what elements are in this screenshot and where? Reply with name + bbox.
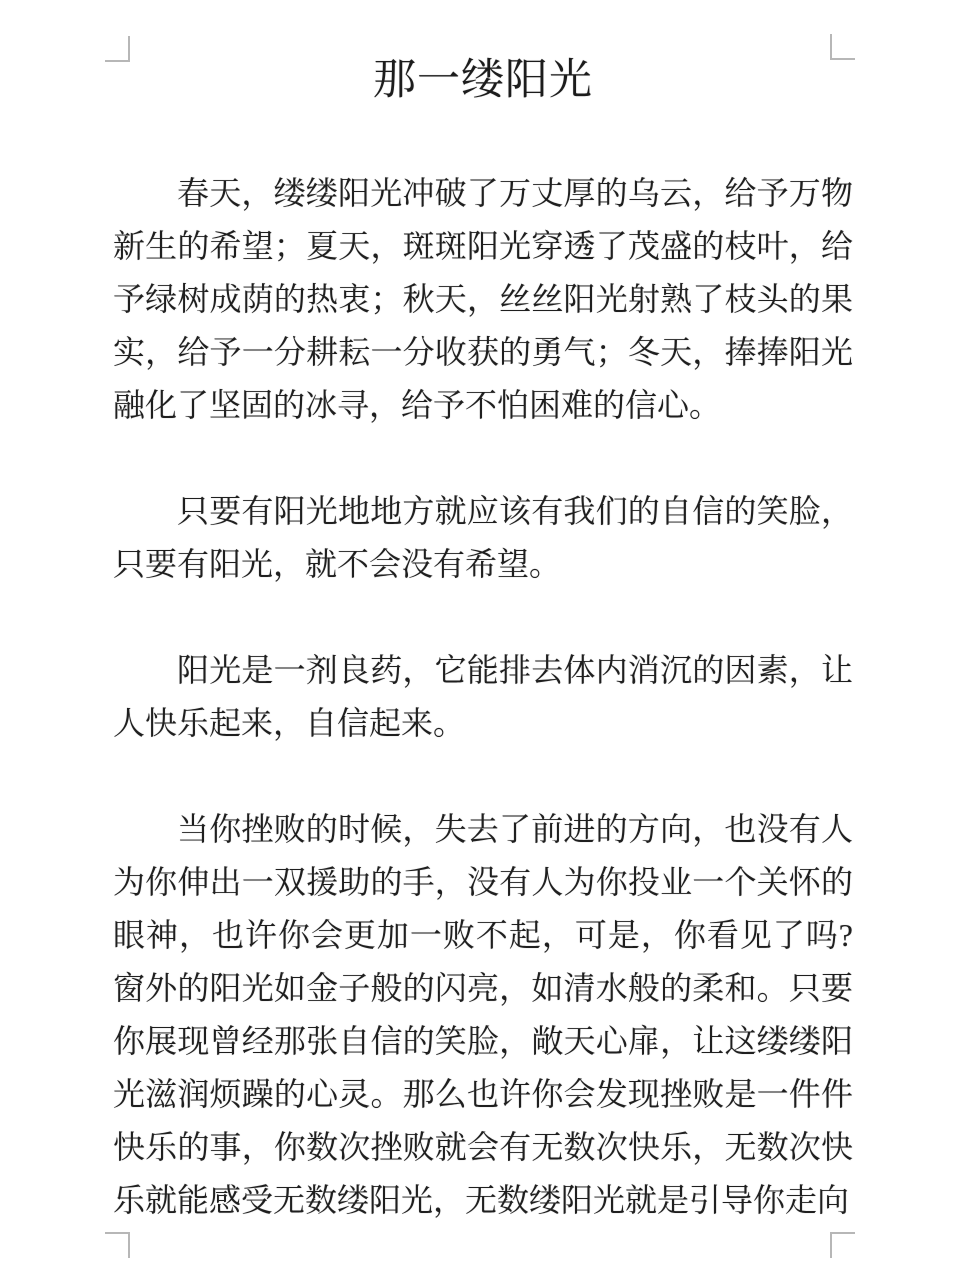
document-content: 那一缕阳光 春天，缕缕阳光冲破了万丈厚的乌云，给予万物新生的希望；夏天，斑斑阳光… — [113, 0, 853, 1227]
text-boundary-corner-mark-bottom-left — [105, 1232, 130, 1258]
document-title: 那一缕阳光 — [113, 50, 853, 112]
text-boundary-corner-mark-bottom-right — [830, 1232, 855, 1258]
document-page: 那一缕阳光 春天，缕缕阳光冲破了万丈厚的乌云，给予万物新生的希望；夏天，斑斑阳光… — [0, 0, 961, 1280]
paragraph-sunshine-medicine: 阳光是一剂良药，它能排去体内消沉的因素，让人快乐起来，自信起来。 — [113, 644, 853, 750]
paragraph-setback-sunshine: 当你挫败的时候，失去了前进的方向，也没有人为你伸出一双援助的手，没有人为你投业一… — [113, 803, 853, 1227]
paragraph-sunshine-hope: 只要有阳光地地方就应该有我们的自信的笑脸，只要有阳光，就不会没有希望。 — [113, 485, 853, 591]
paragraph-seasons-sunshine: 春天，缕缕阳光冲破了万丈厚的乌云，给予万物新生的希望；夏天，斑斑阳光穿透了茂盛的… — [113, 167, 853, 432]
